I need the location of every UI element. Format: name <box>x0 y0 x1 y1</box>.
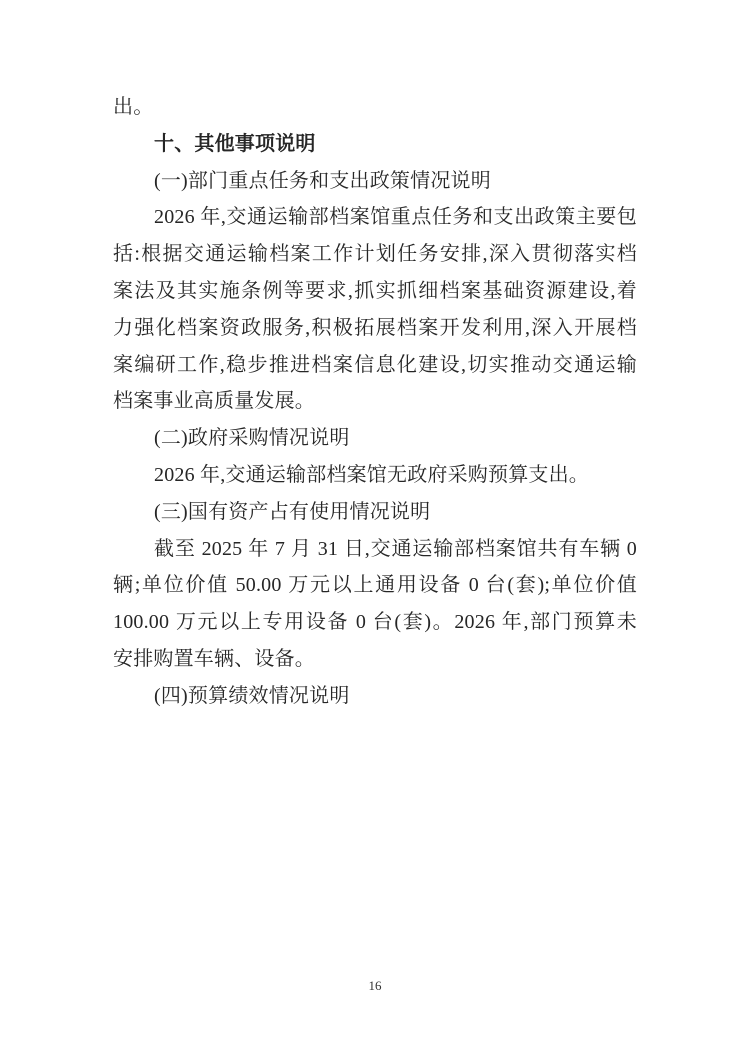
text-line: 100.00 万元以上专用设备 0 台(套)。2026 年,部门预算未 <box>113 604 637 641</box>
page-number: 16 <box>0 978 750 994</box>
text-line: 出。 <box>113 89 637 126</box>
text-line: 截至 2025 年 7 月 31 日,交通运输部档案馆共有车辆 0 <box>113 531 637 568</box>
text-line: (四)预算绩效情况说明 <box>113 678 637 715</box>
text-line: 辆;单位价值 50.00 万元以上通用设备 0 台(套);单位价值 <box>113 567 637 604</box>
text-line: (三)国有资产占有使用情况说明 <box>113 494 637 531</box>
document-body: 出。十、其他事项说明(一)部门重点任务和支出政策情况说明2026 年,交通运输部… <box>113 89 637 715</box>
document-page: 出。十、其他事项说明(一)部门重点任务和支出政策情况说明2026 年,交通运输部… <box>0 0 750 1060</box>
text-line: 力强化档案资政服务,积极拓展档案开发利用,深入开展档 <box>113 310 637 347</box>
text-line: 2026 年,交通运输部档案馆重点任务和支出政策主要包 <box>113 199 637 236</box>
text-line: 案编研工作,稳步推进档案信息化建设,切实推动交通运输 <box>113 347 637 384</box>
text-line: (一)部门重点任务和支出政策情况说明 <box>113 163 637 200</box>
text-line: 2026 年,交通运输部档案馆无政府采购预算支出。 <box>113 457 637 494</box>
text-line: 安排购置车辆、设备。 <box>113 641 637 678</box>
text-line: 括:根据交通运输档案工作计划任务安排,深入贯彻落实档 <box>113 236 637 273</box>
text-line: 十、其他事项说明 <box>113 126 637 163</box>
text-line: (二)政府采购情况说明 <box>113 420 637 457</box>
text-line: 案法及其实施条例等要求,抓实抓细档案基础资源建设,着 <box>113 273 637 310</box>
text-line: 档案事业高质量发展。 <box>113 383 637 420</box>
